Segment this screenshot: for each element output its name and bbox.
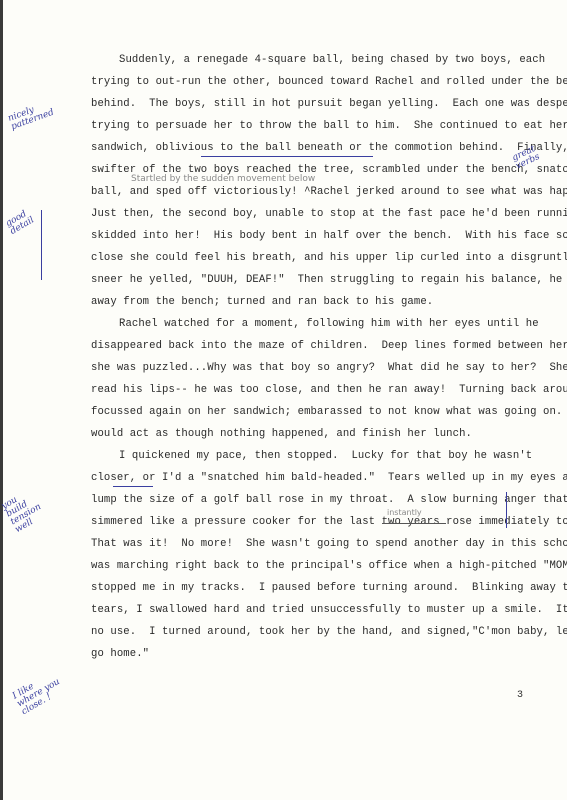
text-line: stopped me in my tracks. I paused before… — [91, 582, 567, 594]
text-line: no use. I turned around, took her by the… — [91, 626, 567, 638]
pen-underline — [113, 486, 153, 487]
pen-underline — [201, 156, 373, 157]
text-line: skidded into her! His body bent in half … — [91, 230, 567, 242]
strikethrough-mark — [382, 523, 446, 524]
text-line: tears, I swallowed hard and tried unsucc… — [91, 604, 567, 616]
text-line: disappeared back into the maze of childr… — [91, 340, 567, 352]
margin-comment: good detail — [5, 205, 42, 237]
text-line: closer, or I'd a "snatched him bald-head… — [91, 472, 567, 484]
text-line: lump the size of a golf ball rose in my … — [91, 494, 567, 506]
text-line: Suddenly, a renegade 4-square ball, bein… — [119, 54, 545, 66]
margin-bracket — [506, 492, 507, 528]
text-line: she was puzzled...Why was that boy so an… — [91, 362, 567, 374]
text-line: close she could feel his breath, and his… — [91, 252, 567, 264]
text-line: would act as though nothing happened, an… — [91, 428, 472, 440]
margin-comment: I like where you close. ! — [11, 670, 66, 717]
text-line: Just then, the second boy, unable to sto… — [91, 208, 567, 220]
text-line: That was it! No more! She wasn't going t… — [91, 538, 567, 550]
text-line: was marching right back to the principal… — [91, 560, 567, 572]
margin-comment: you build tension well — [1, 485, 52, 535]
text-line: ball, and sped off victoriously! ^Rachel… — [91, 186, 567, 198]
page-number: 3 — [517, 690, 523, 701]
text-line: focussed again on her sandwich; embarass… — [91, 406, 567, 418]
text-line: read his lips-- he was too close, and th… — [91, 384, 567, 396]
text-line: behind. The boys, still in hot pursuit b… — [91, 98, 567, 110]
margin-comment: nicely patterned — [7, 102, 51, 133]
text-line: sandwich, oblivious to the ball beneath … — [91, 142, 567, 154]
pencil-insertion: Startled by the sudden movement below — [131, 174, 315, 184]
pencil-insertion: instantly — [387, 508, 422, 517]
text-line: sneer he yelled, "DUUH, DEAF!" Then stru… — [91, 274, 567, 286]
text-line: simmered like a pressure cooker for the … — [91, 516, 567, 528]
typed-manuscript-page: Suddenly, a renegade 4-square ball, bein… — [0, 0, 567, 800]
text-line: I quickened my pace, then stopped. Lucky… — [119, 450, 532, 462]
margin-bracket — [41, 210, 42, 280]
text-line: go home." — [91, 648, 149, 660]
text-line: Rachel watched for a moment, following h… — [119, 318, 539, 330]
text-line: trying to out-run the other, bounced tow… — [91, 76, 567, 88]
text-line: trying to persuade her to throw the ball… — [91, 120, 567, 132]
text-line: away from the bench; turned and ran back… — [91, 296, 433, 308]
